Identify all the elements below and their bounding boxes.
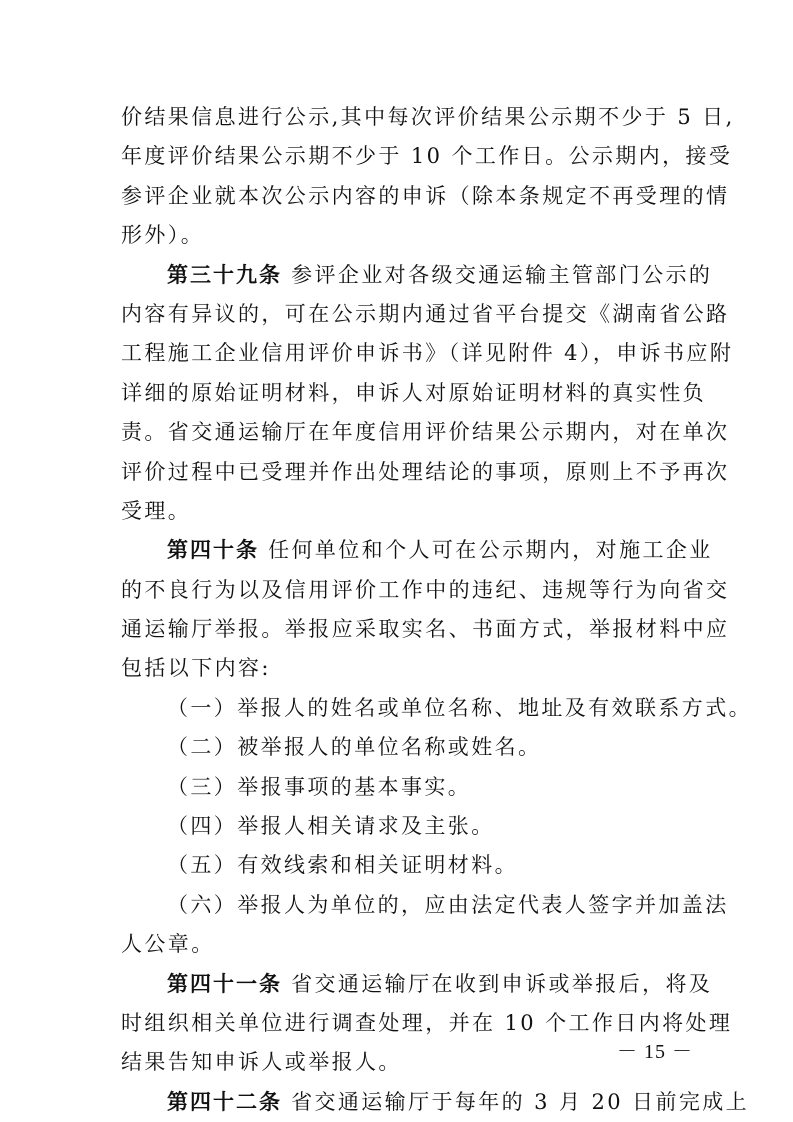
list-item: （六）举报人为单位的，应由法定代表人签字并加盖法 <box>121 886 673 925</box>
article-text: 省交通运输厅在收到申诉或举报后，将及 <box>291 972 712 996</box>
document-page: 价结果信息进行公示,其中每次评价结果公示期不少于 5 日, 年度评价结果公示期不… <box>0 0 793 1122</box>
text-line: 年度评价结果公示期不少于 10 个工作日。公示期内，接受 <box>121 137 673 176</box>
list-item: （四）举报人相关请求及主张。 <box>121 807 673 846</box>
article-heading: 第四十一条 <box>167 972 282 996</box>
article-first-line: 第三十九条 参评企业对各级交通运输主管部门公示的 <box>121 256 673 295</box>
article-first-line: 第四十一条 省交通运输厅在收到申诉或举报后，将及 <box>121 965 673 1004</box>
text-line: 包括以下内容: <box>121 649 673 688</box>
article-42: 第四十二条 省交通运输厅于每年的 3 月 20 日前完成上 <box>121 1083 673 1122</box>
article-heading: 第四十条 <box>167 538 259 562</box>
text-line: 受理。 <box>121 492 673 531</box>
text-line: 形外）。 <box>121 216 673 255</box>
text-line: 价结果信息进行公示,其中每次评价结果公示期不少于 5 日, <box>121 98 673 137</box>
article-first-line: 第四十二条 省交通运输厅于每年的 3 月 20 日前完成上 <box>121 1083 673 1122</box>
text-line: 内容有异议的，可在公示期内通过省平台提交《湖南省公路 <box>121 295 673 334</box>
text-line: 人公章。 <box>121 925 673 964</box>
article-heading: 第四十二条 <box>167 1090 282 1114</box>
document-body: 价结果信息进行公示,其中每次评价结果公示期不少于 5 日, 年度评价结果公示期不… <box>121 98 673 1122</box>
text-line: 参评企业就本次公示内容的申诉（除本条规定不再受理的情 <box>121 177 673 216</box>
text-line: 工程施工企业信用评价申诉书》（详见附件 4），申诉书应附 <box>121 334 673 373</box>
article-39: 第三十九条 参评企业对各级交通运输主管部门公示的 内容有异议的，可在公示期内通过… <box>121 256 673 532</box>
article-first-line: 第四十条 任何单位和个人可在公示期内，对施工企业 <box>121 531 673 570</box>
list-item: （一）举报人的姓名或单位名称、地址及有效联系方式。 <box>121 689 673 728</box>
text-line: 结果告知申诉人或举报人。 <box>121 1043 673 1082</box>
text-line: 时组织相关单位进行调查处理，并在 10 个工作日内将处理 <box>121 1004 673 1043</box>
list-item: （五）有效线索和相关证明材料。 <box>121 846 673 885</box>
list-item: （三）举报事项的基本事实。 <box>121 768 673 807</box>
article-text: 省交通运输厅于每年的 3 月 20 日前完成上 <box>291 1090 749 1114</box>
page-number: － 15 － <box>617 1035 693 1064</box>
article-40: 第四十条 任何单位和个人可在公示期内，对施工企业 的不良行为以及信用评价工作中的… <box>121 531 673 964</box>
list-item: （二）被举报人的单位名称或姓名。 <box>121 728 673 767</box>
text-line: 详细的原始证明材料，申诉人对原始证明材料的真实性负 <box>121 374 673 413</box>
text-line: 责。省交通运输厅在年度信用评价结果公示期内，对在单次 <box>121 413 673 452</box>
article-text: 参评企业对各级交通运输主管部门公示的 <box>291 263 712 287</box>
article-41: 第四十一条 省交通运输厅在收到申诉或举报后，将及 时组织相关单位进行调查处理，并… <box>121 965 673 1083</box>
article-heading: 第三十九条 <box>167 263 282 287</box>
article-text: 任何单位和个人可在公示期内，对施工企业 <box>268 538 713 562</box>
text-line: 评价过程中已受理并作出处理结论的事项，原则上不予再次 <box>121 453 673 492</box>
text-line: 通运输厅举报。举报应采取实名、书面方式，举报材料中应 <box>121 610 673 649</box>
text-line: 的不良行为以及信用评价工作中的违纪、违规等行为向省交 <box>121 571 673 610</box>
